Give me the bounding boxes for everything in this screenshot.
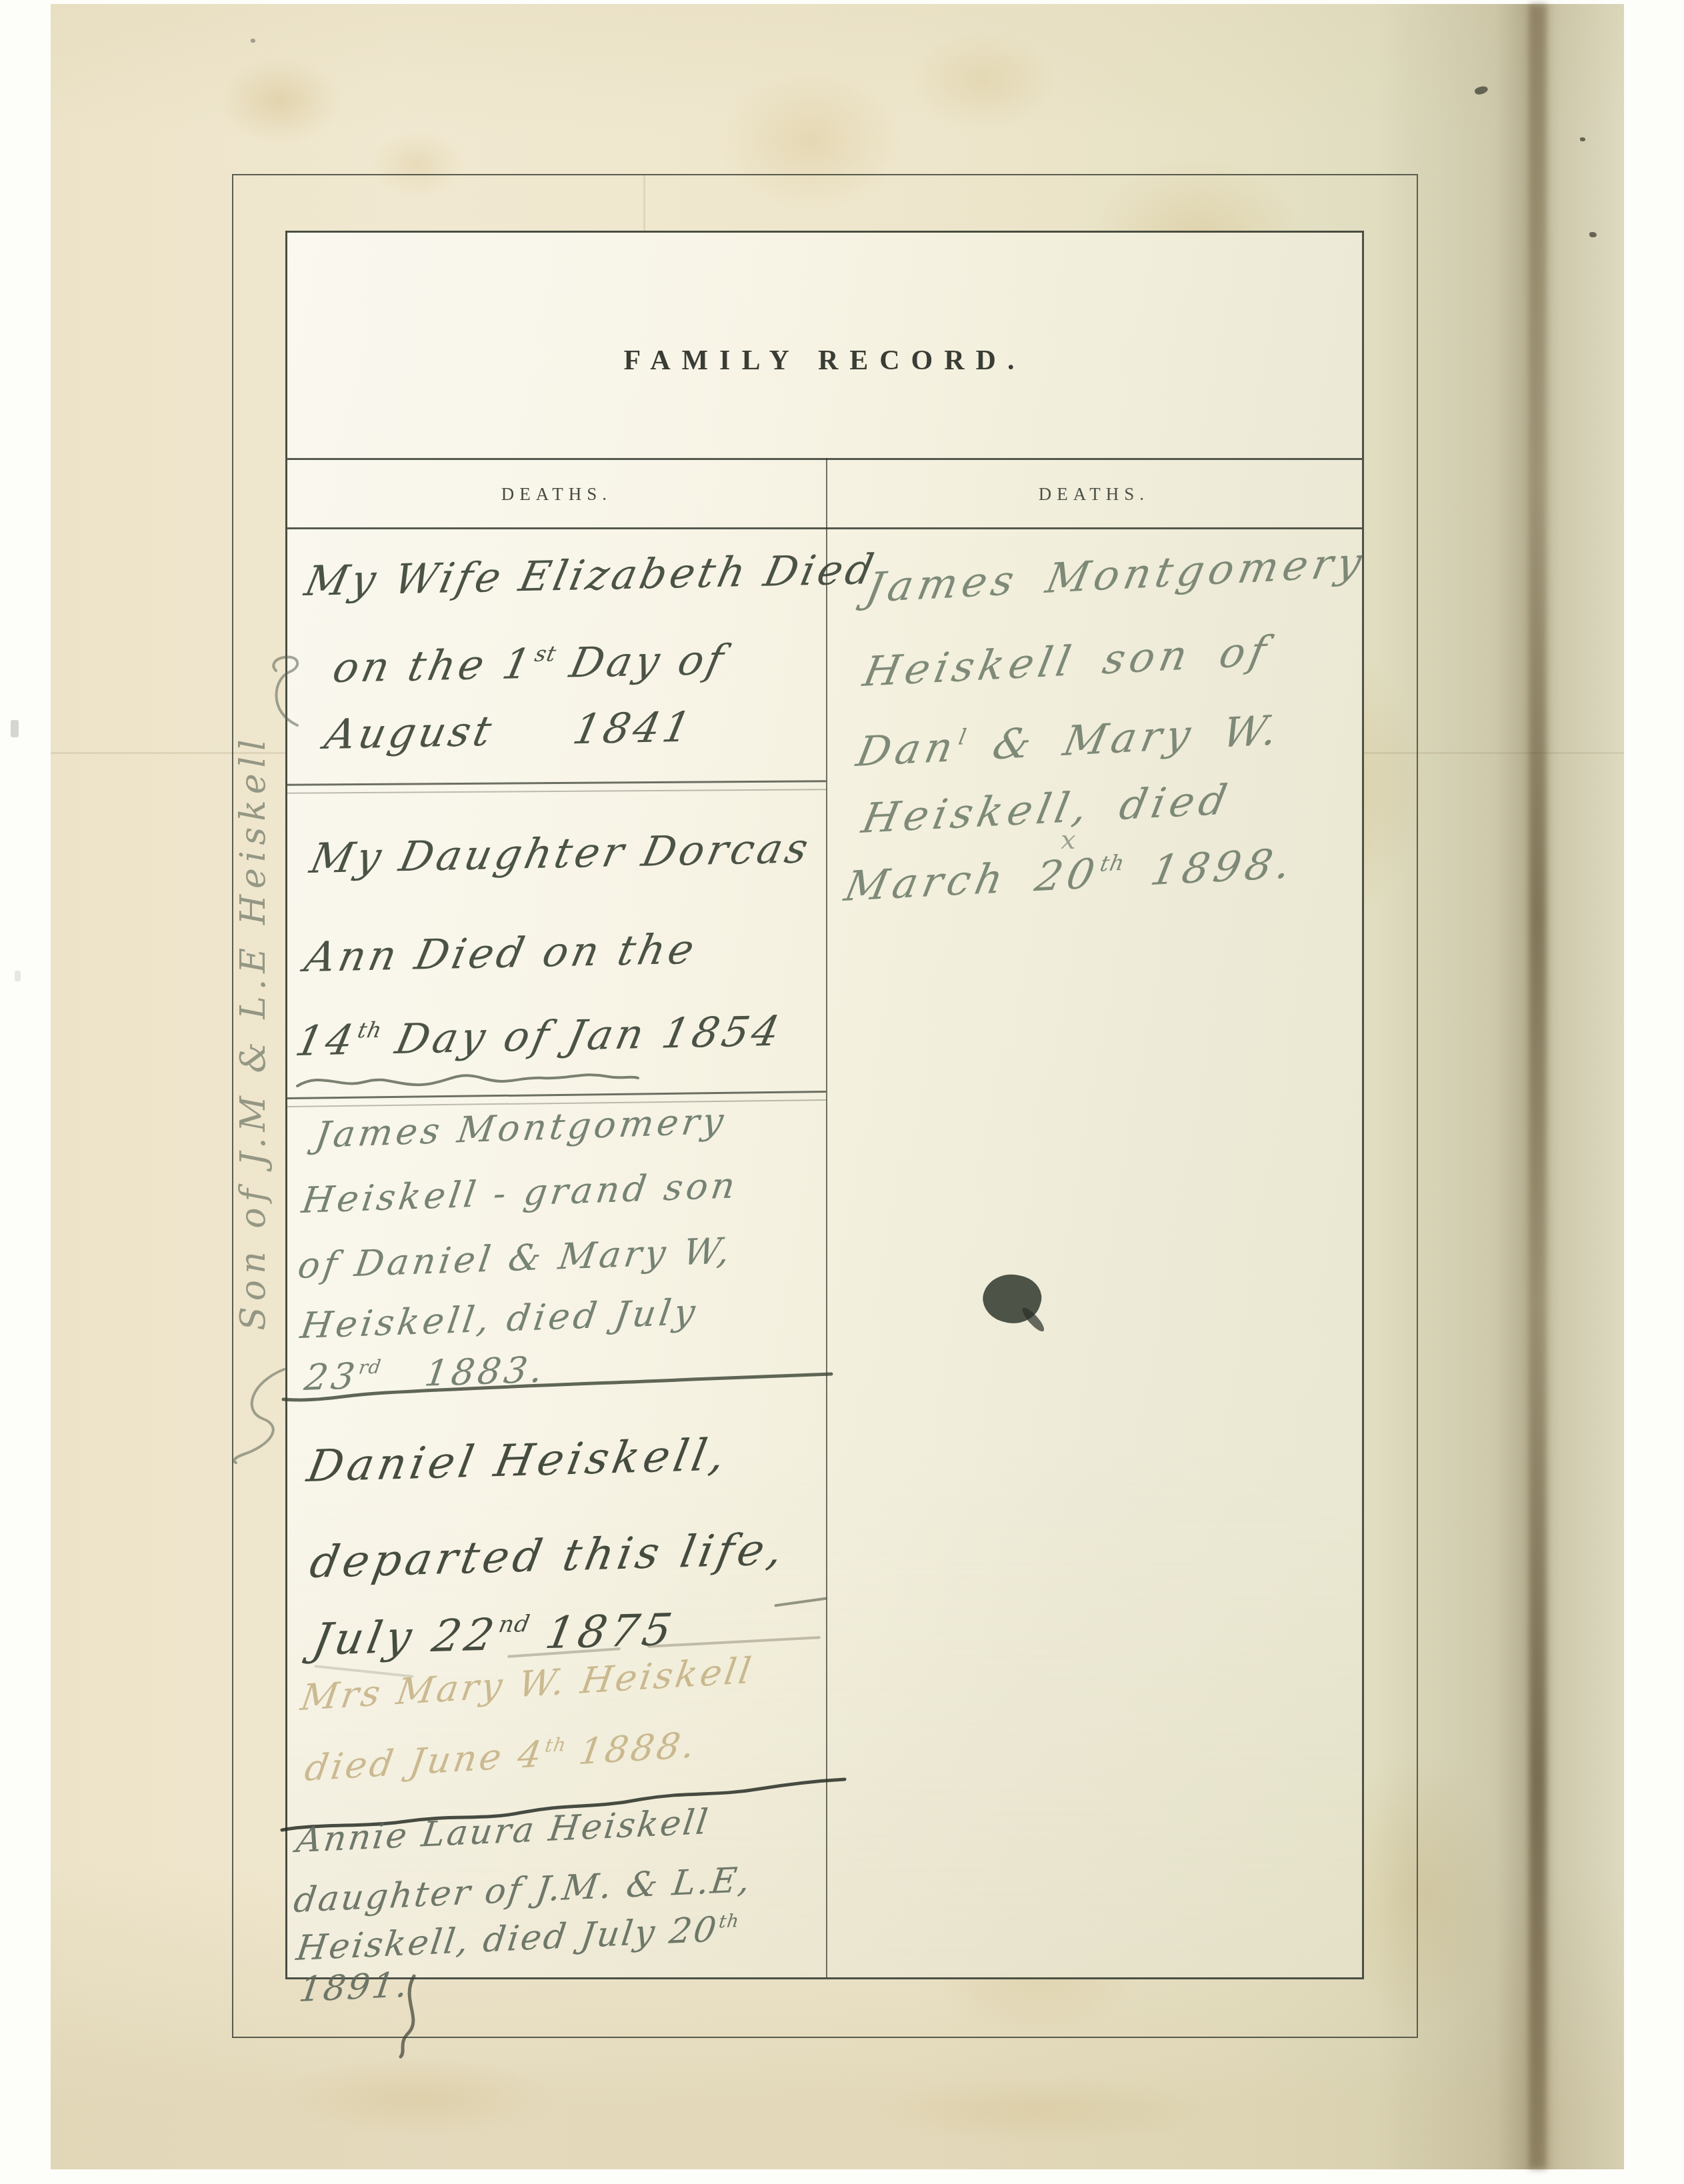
entry-line: Heiskell son of (859, 627, 1275, 696)
entry-line: July 22nd 1875 (309, 1604, 680, 1665)
stain (864, 2077, 1211, 2144)
binding-gutter-core (1529, 4, 1547, 2169)
scan-edge-mark (11, 720, 19, 737)
entry-separator (287, 780, 826, 794)
entry-line: on the 1st Day of (329, 635, 731, 692)
entry-line: Danl & Mary W. (853, 705, 1287, 776)
entry-line: My Wife Elizabeth Died (301, 545, 881, 605)
page-title: FAMILY RECORD. (287, 345, 1362, 377)
entry-line: Ann Died on the (301, 925, 701, 981)
column-divider (826, 458, 827, 1977)
entry-line: August 1841 (321, 703, 698, 759)
hand-drawn-rule (279, 1366, 834, 1403)
record-table: FAMILY RECORD. DEATHS. DEATHS. My Wife E… (285, 231, 1364, 1979)
entry-line: My Daughter Dorcas (306, 823, 815, 883)
stain (220, 57, 340, 144)
pen-squiggle (294, 1058, 641, 1098)
entry-line: James Montgomery (862, 537, 1371, 612)
column-header-right: DEATHS. (826, 458, 1362, 527)
header-rule-bottom (287, 527, 1362, 529)
entry-line: James Montgomery (313, 1100, 729, 1156)
ink-blot (977, 1267, 1047, 1331)
pen-flourish (387, 1973, 427, 2059)
column-header-left: DEATHS. (287, 458, 826, 527)
entry-line: 14th Day of Jan 1854 (291, 1007, 787, 1065)
margin-note: Son of J.M & L.E Heiskell (233, 665, 273, 1399)
margin-flourish-bottom (228, 1364, 301, 1464)
stain (911, 31, 1057, 131)
pencil-dash (774, 1597, 827, 1607)
speck (251, 39, 255, 43)
entry-line: Heiskell, died July 20th (294, 1909, 741, 1969)
scan-edge-mark (15, 971, 21, 981)
entry-line: Heiskell, died July (298, 1291, 701, 1347)
entry-line: departed this life, (306, 1523, 791, 1588)
scanned-book-page: FAMILY RECORD. DEATHS. DEATHS. My Wife E… (0, 0, 1684, 2184)
entry-line: Daniel Heiskell, (303, 1429, 733, 1492)
binding-gutter-shadow (1377, 4, 1624, 2169)
entry-line: Heiskell, died (858, 775, 1235, 843)
entry-line: of Daniel & Mary W, (295, 1229, 736, 1287)
entry-line: Heiskell - grand son (299, 1164, 741, 1221)
stain (277, 2057, 557, 2137)
book-page: FAMILY RECORD. DEATHS. DEATHS. My Wife E… (51, 4, 1624, 2169)
